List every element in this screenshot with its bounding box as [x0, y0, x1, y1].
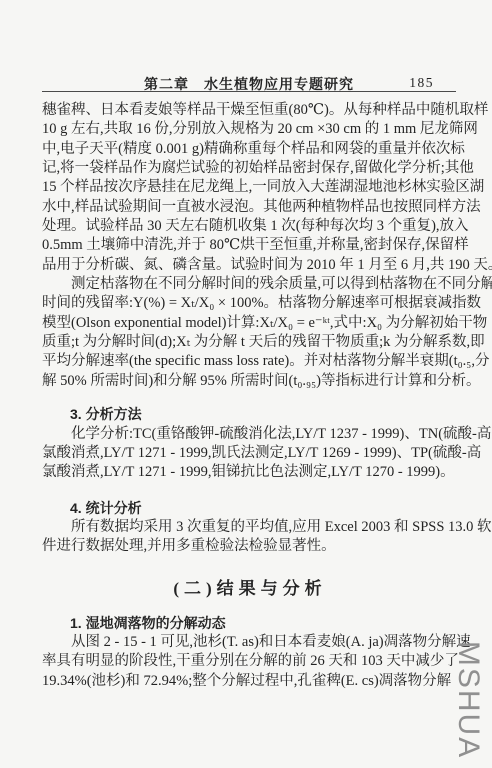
body-line: 测定枯落物在不同分解时间的残余质量,可以得到枯落物在不同分解: [42, 275, 458, 294]
body-line: 氯酸消煮,LY/T 1271 - 1999,凯氏法测定,LY/T 1269 - …: [42, 444, 458, 463]
body-line: 中,电子天平(精度 0.001 g)精确称重每个样品和网袋的重量并依次标: [42, 140, 458, 159]
body-line: 水中,样品试验期间一直被水浸泡。其他两种植物样品也按照同样方法: [42, 198, 458, 217]
body-line: 件进行数据处理,并用多重检验法检验显著性。: [42, 537, 458, 556]
body-line: 从图 2 - 15 - 1 可见,池杉(T. as)和日本看麦娘(A. ja)凋…: [42, 633, 458, 652]
watermark-text: MSHUA: [451, 641, 485, 759]
body-line: 品用于分析碳、氮、磷含量。试验时间为 2010 年 1 月至 6 月,共 190…: [42, 256, 458, 275]
body-line: 记,将一袋样品作为腐烂试验的初始样品密封保存,留做化学分析;其他: [42, 159, 458, 178]
body-line: 穗雀稗、日本看麦娘等样品干燥至恒重(80℃)。从每种样品中随机取样: [42, 101, 458, 120]
subsection-heading-statistical-analysis: 4. 统计分析: [42, 499, 458, 518]
body-line: 平均分解速率(the specific mass loss rate)。并对枯落…: [42, 352, 458, 371]
paragraph-chemical-analysis: 化学分析:TC(重铬酸钾-硫酸消化法,LY/T 1237 - 1999)、TN(…: [42, 425, 458, 483]
page-number: 185: [409, 75, 434, 91]
paragraph-sampling: 穗雀稗、日本看麦娘等样品干燥至恒重(80℃)。从每种样品中随机取样 10 g 左…: [42, 101, 458, 275]
body-line: 处理。试验样品 30 天左右随机收集 1 次(每种每次均 3 个重复),放入: [42, 217, 458, 236]
body-line: 15 个样品按次序悬挂在尼龙绳上,一同放入大莲湖湿地池杉林实验区湖: [42, 178, 458, 197]
body-line: 解 50% 所需时间)和分解 95% 所需时间(t₀.₉₅)等指标进行计算和分析…: [42, 372, 458, 391]
scanned-book-page: 第二章 水生植物应用专题研究 185 穗雀稗、日本看麦娘等样品干燥至恒重(80℃…: [0, 0, 492, 768]
body-line: 时间的残留率:Y(%) = Xₜ/X₀ × 100%。枯落物分解速率可根据衰减指…: [42, 294, 458, 313]
page-body: 穗雀稗、日本看麦娘等样品干燥至恒重(80℃)。从每种样品中随机取样 10 g 左…: [42, 101, 458, 691]
subsection-heading-litter-decomposition-dynamics: 1. 湿地凋落物的分解动态: [42, 614, 458, 633]
body-line: 10 g 左右,共取 16 份,分别放入规格为 20 cm ×30 cm 的 1…: [42, 120, 458, 139]
body-line: 质重;t 为分解时间(d);Xₜ 为分解 t 天后的残留干物质重;k 为分解系数…: [42, 333, 458, 352]
body-line: 模型(Olson exponential model)计算:Xₜ/X₀ = e⁻…: [42, 314, 458, 333]
section-heading-results-and-analysis: (二)结果与分析: [42, 577, 458, 601]
body-line: 所有数据均采用 3 次重复的平均值,应用 Excel 2003 和 SPSS 1…: [42, 518, 458, 537]
subsection-heading-analysis-methods: 3. 分析方法: [42, 405, 458, 424]
paragraph-results: 从图 2 - 15 - 1 可见,池杉(T. as)和日本看麦娘(A. ja)凋…: [42, 633, 458, 691]
paragraph-statistics: 所有数据均采用 3 次重复的平均值,应用 Excel 2003 和 SPSS 1…: [42, 518, 458, 557]
header-rule: [42, 91, 456, 92]
body-line: 化学分析:TC(重铬酸钾-硫酸消化法,LY/T 1237 - 1999)、TN(…: [42, 425, 458, 444]
body-line: 氯酸消煮,LY/T 1271 - 1999,钼锑抗比色法测定,LY/T 1270…: [42, 463, 458, 482]
paragraph-decomposition-model: 测定枯落物在不同分解时间的残余质量,可以得到枯落物在不同分解 时间的残留率:Y(…: [42, 275, 458, 391]
body-line: 率具有明显的阶段性,干重分别在分解的前 26 天和 103 天中减少了: [42, 652, 458, 671]
body-line: 19.34%(池杉)和 72.94%;整个分解过程中,孔雀稗(E. cs)凋落物…: [42, 672, 458, 691]
body-line: 0.5mm 土壤筛中清洗,并于 80℃烘干至恒重,并称量,密封保存,保留样: [42, 236, 458, 255]
